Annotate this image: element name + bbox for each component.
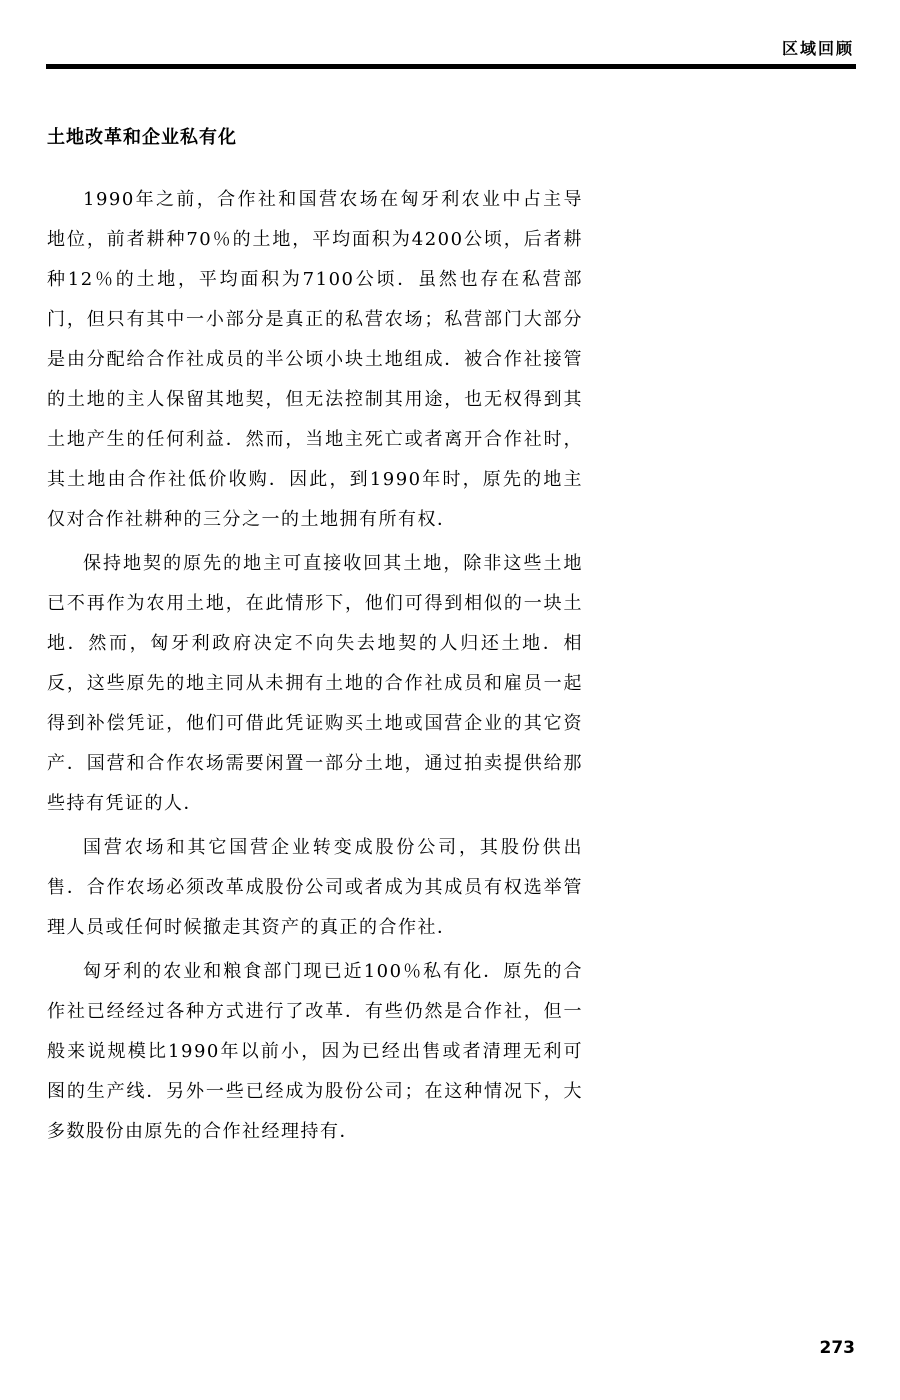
paragraph-1: 1990年之前，合作社和国营农场在匈牙利农业中占主导地位，前者耕种70％的土地，… <box>47 180 583 540</box>
paragraph-3: 国营农场和其它国营企业转变成股份公司，其股份供出售．合作农场必须改革成股份公司或… <box>47 828 583 948</box>
page-content: 土地改革和企业私有化 1990年之前，合作社和国营农场在匈牙利农业中占主导地位，… <box>47 118 583 1152</box>
section-title: 土地改革和企业私有化 <box>47 118 583 158</box>
running-header-title: 区域回顾 <box>782 36 854 59</box>
paragraph-4: 匈牙利的农业和粮食部门现已近100％私有化．原先的合作社已经经过各种方式进行了改… <box>47 952 583 1152</box>
page-number: 273 <box>820 1338 856 1358</box>
paragraph-2: 保持地契的原先的地主可直接收回其土地，除非这些土地已不再作为农用土地，在此情形下… <box>47 544 583 824</box>
header-rule-divider <box>46 64 856 69</box>
